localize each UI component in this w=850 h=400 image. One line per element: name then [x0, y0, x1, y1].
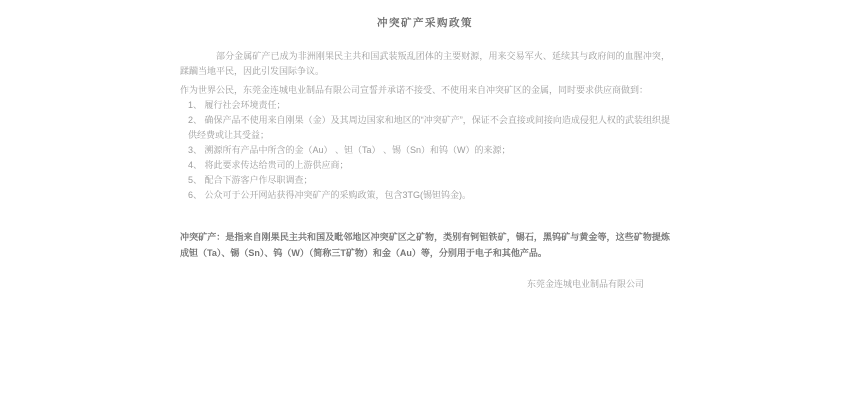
intro-paragraph: 部分金属矿产已成为非洲刚果民主共和国武装叛乱团体的主要财源，用来交易军火、延续其… [180, 49, 670, 79]
conflict-minerals-definition: 冲突矿产：是指来自刚果民主共和国及毗邻地区冲突矿区之矿物，类别有钶钽铁矿，锡石，… [180, 229, 670, 261]
requirement-item-3: 3、 溯源所有产品中所含的金（Au） 、钽（Ta） 、锡（Sn）和钨（W）的来源… [188, 143, 670, 158]
requirements-list: 1、 履行社会环境责任； 2、 确保产品不使用来自刚果（金）及其周边国家和地区的… [180, 98, 670, 203]
policy-document-page: 冲突矿产采购政策 部分金属矿产已成为非洲刚果民主共和国武装叛乱团体的主要财源，用… [180, 0, 670, 292]
requirement-item-1: 1、 履行社会环境责任； [188, 98, 670, 113]
company-signature: 东莞金连城电业制品有限公司 [180, 277, 670, 292]
commitment-paragraph: 作为世界公民，东莞金连城电业制品有限公司宣誓并承诺不接受、不使用来自冲突矿区的金… [180, 83, 670, 98]
requirement-item-2: 2、 确保产品不使用来自刚果（金）及其周边国家和地区的“冲突矿产”，保证不会直接… [188, 113, 670, 143]
document-title: 冲突矿产采购政策 [180, 16, 670, 31]
requirement-item-4: 4、 将此要求传达给贵司的上游供应商； [188, 158, 670, 173]
requirement-item-5: 5、 配合下游客户作尽职调查； [188, 173, 670, 188]
requirement-item-6: 6、 公众可于公开网站获得冲突矿产的采购政策，包含3TG(锡钽钨金)。 [188, 188, 670, 203]
